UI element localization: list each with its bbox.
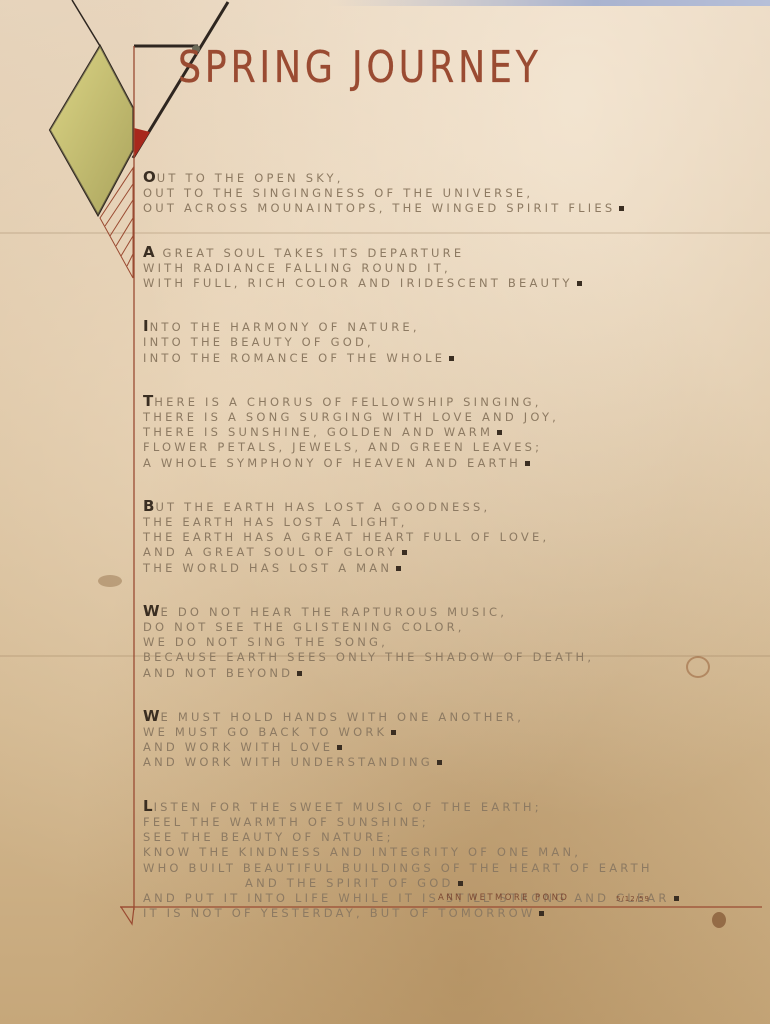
line-text: WE MUST GO BACK TO WORK [143, 725, 387, 739]
poem-line: WHO BUILT BEAUTIFUL BUILDINGS OF THE HEA… [143, 861, 703, 876]
paper-stain [98, 575, 122, 587]
stanza: OUT TO THE OPEN SKY,OUT TO THE SINGINGNE… [143, 170, 703, 217]
poem-line: AND WORK WITH LOVE [143, 740, 703, 755]
poem-line: FLOWER PETALS, JEWELS, AND GREEN LEAVES; [143, 440, 703, 455]
square-bullet-icon [337, 745, 342, 750]
square-bullet-icon [297, 671, 302, 676]
poem-line: OUT TO THE SINGINGNESS OF THE UNIVERSE, [143, 186, 703, 201]
stanza: WE DO NOT HEAR THE RAPTUROUS MUSIC,DO NO… [143, 604, 703, 681]
title-initial: S [178, 42, 205, 93]
stanza: INTO THE HARMONY OF NATURE,INTO THE BEAU… [143, 319, 703, 366]
square-bullet-icon [458, 881, 463, 886]
poem-line: KNOW THE KINDNESS AND INTEGRITY OF ONE M… [143, 845, 703, 860]
line-text: AND A GREAT SOUL OF GLORY [143, 545, 398, 559]
poem-line: AND A GREAT SOUL OF GLORY [143, 545, 703, 560]
drop-initial: A [143, 243, 156, 261]
line-text: WE DO NOT SING THE SONG, [143, 635, 388, 649]
line-text: AND NOT BEYOND [143, 666, 293, 680]
poem-body: OUT TO THE OPEN SKY,OUT TO THE SINGINGNE… [143, 170, 703, 949]
title-text: PRING JOURNEY [205, 42, 542, 93]
drop-initial: L [143, 797, 154, 815]
drop-initial: I [143, 317, 150, 335]
square-bullet-icon [674, 896, 679, 901]
poem-line: INTO THE BEAUTY OF GOD, [143, 335, 703, 350]
poem-line: WE MUST HOLD HANDS WITH ONE ANOTHER, [143, 709, 703, 725]
line-text: OUT TO THE SINGINGNESS OF THE UNIVERSE, [143, 186, 533, 200]
line-text: AND THE SPIRIT OF GOD [245, 876, 454, 890]
drop-initial: W [143, 707, 161, 725]
stanza: BUT THE EARTH HAS LOST A GOODNESS,THE EA… [143, 499, 703, 576]
line-text: HERE IS A CHORUS OF FELLOWSHIP SINGING, [154, 395, 541, 409]
square-bullet-icon [539, 911, 544, 916]
poem-line: WITH FULL, RICH COLOR AND IRIDESCENT BEA… [143, 276, 703, 291]
poem-line: SEE THE BEAUTY OF NATURE; [143, 830, 703, 845]
line-text: E DO NOT HEAR THE RAPTUROUS MUSIC, [161, 605, 508, 619]
line-text: THERE IS SUNSHINE, GOLDEN AND WARM [143, 425, 493, 439]
poem-line: AND NOT BEYOND [143, 666, 703, 681]
line-text: THERE IS A SONG SURGING WITH LOVE AND JO… [143, 410, 559, 424]
poem-line: FEEL THE WARMTH OF SUNSHINE; [143, 815, 703, 830]
paper-stain [712, 912, 726, 928]
stanza: THERE IS A CHORUS OF FELLOWSHIP SINGING,… [143, 394, 703, 471]
poem-line: A WHOLE SYMPHONY OF HEAVEN AND EARTH [143, 456, 703, 471]
drop-initial: W [143, 602, 161, 620]
poem-line: OUT ACROSS MOUNAINTOPS, THE WINGED SPIRI… [143, 201, 703, 216]
square-bullet-icon [577, 281, 582, 286]
square-bullet-icon [525, 461, 530, 466]
poem-line: THERE IS A SONG SURGING WITH LOVE AND JO… [143, 410, 703, 425]
poem-line: AND THE SPIRIT OF GOD [143, 876, 703, 891]
line-text: WITH RADIANCE FALLING ROUND IT, [143, 261, 451, 275]
poem-line: A GREAT SOUL TAKES ITS DEPARTURE [143, 245, 703, 261]
line-text: AND WORK WITH UNDERSTANDING [143, 755, 433, 769]
line-text: BECAUSE EARTH SEES ONLY THE SHADOW OF DE… [143, 650, 594, 664]
poem-title: SPRING JOURNEY [178, 42, 542, 93]
poem-line: WE DO NOT SING THE SONG, [143, 635, 703, 650]
drop-initial: O [143, 168, 157, 186]
line-text: IT IS NOT OF YESTERDAY, BUT OF TOMORROW [143, 906, 535, 920]
poem-line: LISTEN FOR THE SWEET MUSIC OF THE EARTH; [143, 799, 703, 815]
square-bullet-icon [437, 760, 442, 765]
line-text: INTO THE ROMANCE OF THE WHOLE [143, 351, 445, 365]
ornament-line [72, 0, 100, 46]
square-bullet-icon [449, 356, 454, 361]
poem-line: DO NOT SEE THE GLISTENING COLOR, [143, 620, 703, 635]
line-text: UT THE EARTH HAS LOST A GOODNESS, [155, 500, 490, 514]
poem-line: THE WORLD HAS LOST A MAN [143, 561, 703, 576]
line-text: E MUST HOLD HANDS WITH ONE ANOTHER, [161, 710, 525, 724]
square-bullet-icon [497, 430, 502, 435]
square-bullet-icon [619, 206, 624, 211]
line-text: ISTEN FOR THE SWEET MUSIC OF THE EARTH; [154, 800, 542, 814]
line-text: UT TO THE OPEN SKY, [157, 171, 344, 185]
line-text: WHO BUILT BEAUTIFUL BUILDINGS OF THE HEA… [143, 861, 653, 875]
poem-line: THERE IS SUNSHINE, GOLDEN AND WARM [143, 425, 703, 440]
poem-line: AND WORK WITH UNDERSTANDING [143, 755, 703, 770]
poem-line: THE EARTH HAS LOST A LIGHT, [143, 515, 703, 530]
line-text: FLOWER PETALS, JEWELS, AND GREEN LEAVES; [143, 440, 542, 454]
poem-date: 5/12/59 [616, 895, 650, 903]
poem-line: WITH RADIANCE FALLING ROUND IT, [143, 261, 703, 276]
line-text: NTO THE HARMONY OF NATURE, [150, 320, 420, 334]
line-text: THE EARTH HAS A GREAT HEART FULL OF LOVE… [143, 530, 549, 544]
line-text: THE WORLD HAS LOST A MAN [143, 561, 392, 575]
poem-line: INTO THE HARMONY OF NATURE, [143, 319, 703, 335]
line-text: OUT ACROSS MOUNAINTOPS, THE WINGED SPIRI… [143, 201, 615, 215]
poem-line: INTO THE ROMANCE OF THE WHOLE [143, 351, 703, 366]
poem-line: IT IS NOT OF YESTERDAY, BUT OF TOMORROW [143, 906, 703, 921]
square-bullet-icon [396, 566, 401, 571]
poem-line: THE EARTH HAS A GREAT HEART FULL OF LOVE… [143, 530, 703, 545]
line-text: SEE THE BEAUTY OF NATURE; [143, 830, 394, 844]
stanza: WE MUST HOLD HANDS WITH ONE ANOTHER,WE M… [143, 709, 703, 771]
line-text: FEEL THE WARMTH OF SUNSHINE; [143, 815, 429, 829]
line-text: WITH FULL, RICH COLOR AND IRIDESCENT BEA… [143, 276, 573, 290]
poem-line: WE MUST GO BACK TO WORK [143, 725, 703, 740]
drop-initial: B [143, 497, 155, 515]
paper-stain [686, 656, 710, 678]
square-bullet-icon [391, 730, 396, 735]
line-text: AND PUT IT INTO LIFE WHILE IT IS STILL S… [143, 891, 670, 905]
line-text: DO NOT SEE THE GLISTENING COLOR, [143, 620, 465, 634]
author-signature: Ann Wetmore Pond [438, 893, 569, 903]
poem-line: THERE IS A CHORUS OF FELLOWSHIP SINGING, [143, 394, 703, 410]
poem-line: BECAUSE EARTH SEES ONLY THE SHADOW OF DE… [143, 650, 703, 665]
line-text: AND WORK WITH LOVE [143, 740, 333, 754]
poem-line: BUT THE EARTH HAS LOST A GOODNESS, [143, 499, 703, 515]
square-bullet-icon [402, 550, 407, 555]
drop-initial: T [143, 392, 154, 410]
line-text: GREAT SOUL TAKES ITS DEPARTURE [156, 246, 465, 260]
poem-line: OUT TO THE OPEN SKY, [143, 170, 703, 186]
red-triangle-icon [134, 128, 150, 158]
line-text: KNOW THE KINDNESS AND INTEGRITY OF ONE M… [143, 845, 581, 859]
poem-line: WE DO NOT HEAR THE RAPTUROUS MUSIC, [143, 604, 703, 620]
corner-triangle-icon [121, 907, 134, 924]
stanza: A GREAT SOUL TAKES ITS DEPARTUREWITH RAD… [143, 245, 703, 292]
line-text: THE EARTH HAS LOST A LIGHT, [143, 515, 408, 529]
line-text: INTO THE BEAUTY OF GOD, [143, 335, 374, 349]
line-text: A WHOLE SYMPHONY OF HEAVEN AND EARTH [143, 456, 521, 470]
